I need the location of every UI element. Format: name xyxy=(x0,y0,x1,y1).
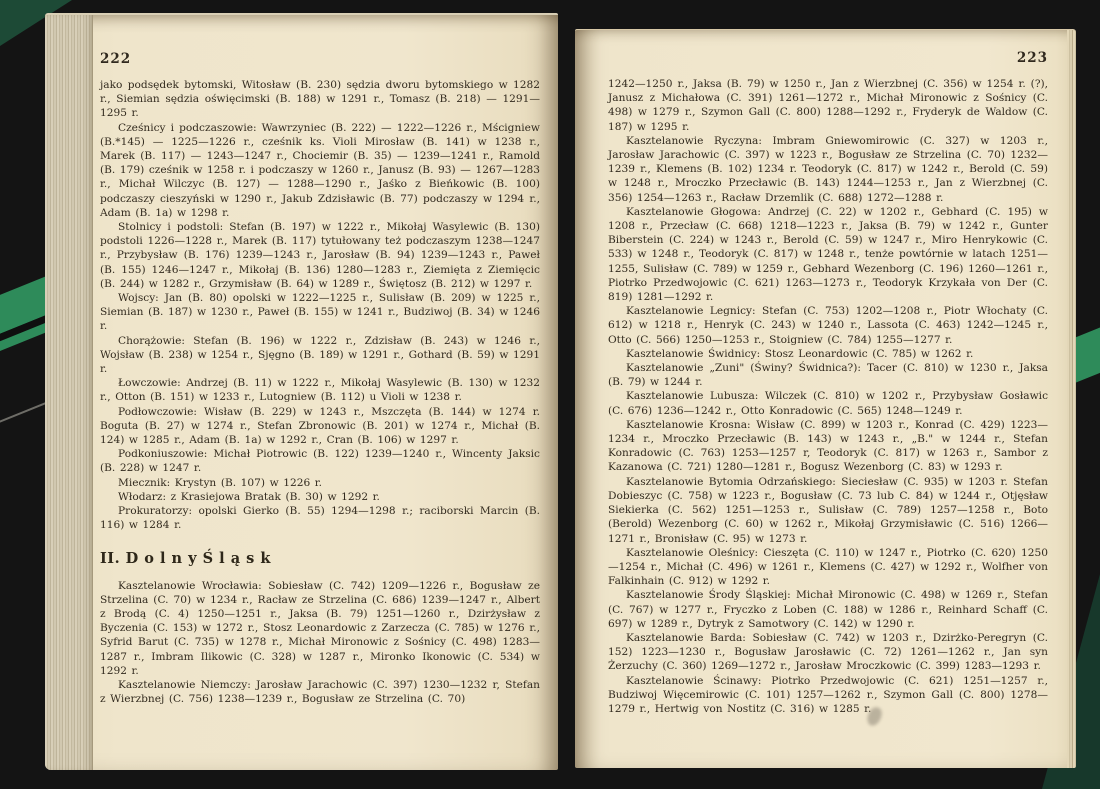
paragraph: Kasztelanowie Niemczy: Jarosław Jarachow… xyxy=(100,678,540,706)
left-page: 222 jako podsędek bytomski, Witosław (B.… xyxy=(45,13,558,770)
paragraph: Kasztelanowie Oleśnicy: Cieszęta (C. 110… xyxy=(608,546,1048,589)
page-stack-fore-edge xyxy=(45,15,93,770)
paragraph: Cześnicy i podczaszowie: Wawrzyniec (B. … xyxy=(100,121,540,220)
paragraph: Kasztelanowie Ścinawy: Piotrko Przedwojo… xyxy=(608,674,1048,717)
paragraph: jako podsędek bytomski, Witosław (B. 230… xyxy=(100,78,540,121)
paragraph: Prokuratorzy: opolski Gierko (B. 55) 129… xyxy=(100,504,540,532)
paragraph: Kasztelanowie Lubusza: Wilczek (C. 810) … xyxy=(608,389,1048,417)
paragraph: Kasztelanowie Legnicy: Stefan (C. 753) 1… xyxy=(608,304,1048,347)
paragraph: Kasztelanowie Środy Śląskiej: Michał Mir… xyxy=(608,588,1048,631)
paragraph: Kasztelanowie Bytomia Odrzańskiego: Siec… xyxy=(608,475,1048,546)
paragraph: Podłowczowie: Wisław (B. 229) w 1243 r.,… xyxy=(100,405,540,448)
paragraph: 1242—1250 r., Jaksa (B. 79) w 1250 r., J… xyxy=(608,77,1048,134)
left-page-text: jako podsędek bytomski, Witosław (B. 230… xyxy=(100,78,540,706)
left-page-content: 222 jako podsędek bytomski, Witosław (B.… xyxy=(100,51,540,751)
paragraph: Miecznik: Krystyn (B. 107) w 1226 r. xyxy=(100,476,540,490)
paragraph: Łowczowie: Andrzej (B. 11) w 1222 r., Mi… xyxy=(100,376,540,404)
book-scan-scene: 222 jako podsędek bytomski, Witosław (B.… xyxy=(0,0,1100,789)
paragraph: Kasztelanowie Krosna: Wisław (C. 899) w … xyxy=(608,418,1048,475)
paragraph: Kasztelanowie Ryczyna: Imbram Gniewomiro… xyxy=(608,134,1048,205)
paragraph: Wojscy: Jan (B. 80) opolski w 1222—1225 … xyxy=(100,291,540,334)
paragraph: Kasztelanowie „Zuni" (Świny? Świdnica?):… xyxy=(608,361,1048,389)
paragraph: Kasztelanowie Świdnicy: Stosz Leonardowi… xyxy=(608,347,1048,361)
paragraph: Kasztelanowie Barda: Sobiesław (C. 742) … xyxy=(608,631,1048,674)
section-heading: II. D o l n y Ś l ą s k xyxy=(100,550,540,567)
paragraph: Stolnicy i podstoli: Stefan (B. 197) w 1… xyxy=(100,220,540,291)
page-number-right: 223 xyxy=(608,50,1048,66)
paragraph: Podkoniuszowie: Michał Piotrowic (B. 122… xyxy=(100,447,540,475)
paragraph: Kasztelanowie Wrocławia: Sobiesław (C. 7… xyxy=(100,579,540,678)
paragraph: Włodarz: z Krasiejowa Bratak (B. 30) w 1… xyxy=(100,490,540,504)
page-number-left: 222 xyxy=(100,51,540,67)
right-page-text: 1242—1250 r., Jaksa (B. 79) w 1250 r., J… xyxy=(608,77,1048,716)
right-page-content: 223 1242—1250 r., Jaksa (B. 79) w 1250 r… xyxy=(608,50,1048,750)
right-page: 223 1242—1250 r., Jaksa (B. 79) w 1250 r… xyxy=(575,29,1076,768)
paragraph: Chorążowie: Stefan (B. 196) w 1222 r., Z… xyxy=(100,334,540,377)
page-stack-edge-right xyxy=(1067,30,1076,768)
paragraph: Kasztelanowie Głogowa: Andrzej (C. 22) w… xyxy=(608,205,1048,304)
